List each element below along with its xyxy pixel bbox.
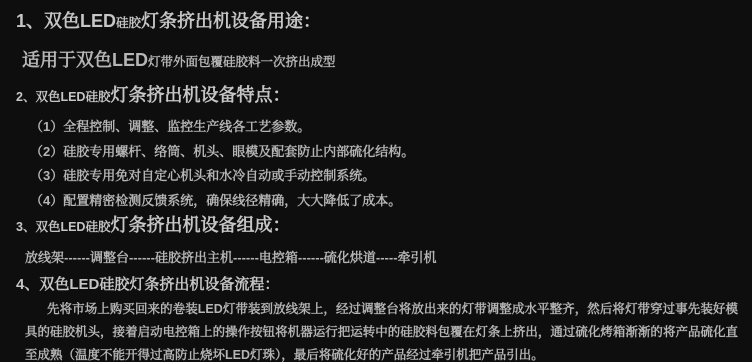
features-title-segment-small: 2、双色LED硅胶	[16, 90, 110, 104]
feature-item-2: （2）硅胶专用螺杆、络筒、机头、眼模及配套防止内部硫化结构。	[30, 140, 744, 165]
usage-title-segment-large-1: 1、双色LED	[16, 11, 116, 31]
feature-list: （1）全程控制、调整、监控生产线各工艺参数。 （2）硅胶专用螺杆、络筒、机头、眼…	[30, 115, 744, 213]
process-paragraph: 先将市场上购买回来的卷装LED灯带装到放线架上，经过调整台将放出来的灯带调整成水…	[25, 298, 738, 362]
product-description-page: 1、双色LED硅胶灯条挤出机设备用途： 适用于双色LED灯带外面包覆硅胶料一次挤…	[0, 0, 752, 362]
usage-title-segment-large-2: 灯条挤出机设备用途：	[141, 11, 321, 31]
usage-description: 适用于双色LED灯带外面包覆硅胶料一次挤出成型	[22, 50, 744, 72]
section-features-title: 2、双色LED硅胶灯条挤出机设备特点：	[16, 84, 744, 108]
feature-item-1: （1）全程控制、调整、监控生产线各工艺参数。	[30, 115, 744, 140]
usage-description-segment-small: 灯带外面包覆硅胶料一次挤出成型	[148, 55, 336, 69]
composition-title-segment-small: 3、双色LED硅胶	[16, 220, 110, 234]
feature-item-3: （3）硅胶专用免对自定心机头和水冷自动或手动控制系统。	[30, 164, 744, 189]
composition-title-segment-large: 灯条挤出机设备组成：	[110, 215, 290, 235]
features-title-segment-large: 灯条挤出机设备特点：	[110, 85, 290, 105]
composition-flow: 放线架------调整台------硅胶挤出主机------电控箱------硫…	[25, 250, 744, 266]
usage-title-segment-small: 硅胶	[116, 16, 141, 30]
section-composition-title: 3、双色LED硅胶灯条挤出机设备组成：	[16, 214, 744, 238]
section-process-title: 4、双色LED硅胶灯条挤出机设备流程：	[16, 275, 744, 295]
section-usage-title: 1、双色LED硅胶灯条挤出机设备用途：	[16, 10, 744, 34]
feature-item-4: （4）配置精密检测反馈系统，确保线径精确，大大降低了成本。	[30, 189, 744, 214]
usage-description-segment-large: 适用于双色LED	[22, 50, 148, 70]
